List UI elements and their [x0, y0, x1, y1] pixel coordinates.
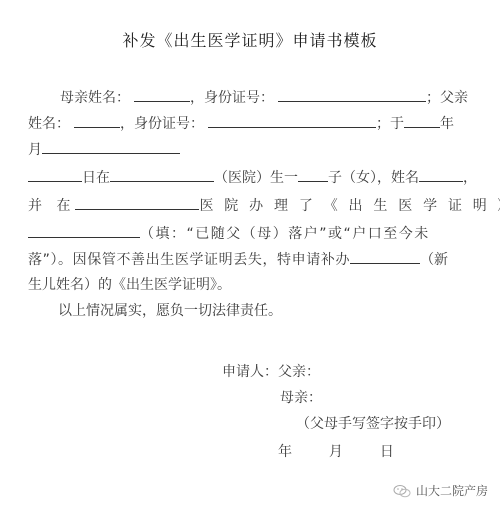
mother-signature-line: 母亲： — [280, 387, 322, 407]
line-household-status: （填：“已随父（母）落户”或“户口至今未 — [28, 223, 430, 243]
father-label-start: ；父亲 — [426, 90, 468, 106]
child-name-blank[interactable] — [419, 167, 463, 182]
line-father-info: 姓名：，身份证号：；于年 — [28, 113, 454, 133]
line-mother-info: 母亲姓名：，身份证号：；父亲 — [60, 87, 468, 107]
mother-signature-label: 母亲： — [280, 390, 322, 406]
line-loss-reason: 落”）。因保管不善出生医学证明丢失，特申请补办（新 — [28, 249, 448, 269]
mother-name-label: 母亲姓名： — [60, 90, 130, 106]
line-month: 月 — [28, 139, 180, 159]
household-instruction: （填：“已随父（母）落户”或“户口至今未 — [140, 226, 430, 242]
wechat-logo-icon — [392, 484, 412, 498]
certificate-name-text: 生儿姓名）的《出生医学证明》。 — [28, 277, 231, 293]
watermark: 山大二院产房 — [392, 482, 488, 499]
father-signature-label: 父亲： — [278, 364, 320, 380]
hospital-born-label: （医院）生一 — [214, 170, 298, 186]
birth-month-blank[interactable] — [42, 139, 180, 154]
father-id-label: ，身份证号： — [120, 116, 204, 132]
household-status-blank[interactable] — [28, 223, 140, 238]
date-year-label: 年 — [278, 444, 292, 460]
date-on-label: ；于 — [376, 116, 404, 132]
applicant-label: 申请人： — [222, 364, 278, 380]
issuing-hospital-blank[interactable] — [75, 195, 199, 210]
child-count-blank[interactable] — [298, 167, 328, 182]
document-title: 补发《出生医学证明》申请书模板 — [0, 28, 500, 51]
loss-reason-text: 落”）。因保管不善出生医学证明丢失，特申请补办 — [28, 252, 350, 268]
applicant-line: 申请人：父亲： — [222, 361, 320, 381]
father-name-label: 姓名： — [28, 116, 70, 132]
certificate-issued-label: 医 院 办 理 了 《 出 生 医 学 证 明 》， — [199, 198, 500, 214]
year-label: 年 — [440, 116, 454, 132]
line-birth-details: 日在（医院）生一子（女），姓名， — [28, 167, 477, 187]
signature-note-text: （父母手写签字按手印） — [296, 416, 450, 432]
line-certificate-hospital: 并 在医 院 办 理 了 《 出 生 医 学 证 明 》， — [28, 195, 500, 215]
mother-id-label: ，身份证号： — [190, 90, 274, 106]
date-day-label: 日 — [380, 444, 394, 460]
month-label: 月 — [28, 142, 42, 158]
mother-id-blank[interactable] — [278, 87, 426, 102]
father-id-blank[interactable] — [208, 113, 376, 128]
father-name-blank[interactable] — [74, 113, 120, 128]
signature-note: （父母手写签字按手印） — [296, 413, 450, 433]
comma: ， — [463, 170, 477, 186]
liability-statement: 以上情况属实，愿负一切法律责任。 — [58, 301, 282, 321]
date-month-label: 月 — [329, 444, 343, 460]
hospital-blank[interactable] — [110, 167, 214, 182]
and-at-label: 并 在 — [28, 198, 75, 214]
mother-name-blank[interactable] — [134, 87, 190, 102]
date-line: 年 月 日 — [278, 441, 394, 461]
newborn-name-blank[interactable] — [350, 249, 420, 264]
line-certificate-name: 生儿姓名）的《出生医学证明》。 — [28, 275, 231, 295]
birth-year-blank[interactable] — [404, 113, 440, 128]
child-name-label: 子（女），姓名 — [328, 170, 419, 186]
watermark-text: 山大二院产房 — [416, 482, 488, 499]
birth-day-blank[interactable] — [28, 167, 82, 182]
newborn-label-start: （新 — [420, 252, 448, 268]
day-at-label: 日在 — [82, 170, 110, 186]
liability-text: 以上情况属实，愿负一切法律责任。 — [58, 303, 282, 319]
